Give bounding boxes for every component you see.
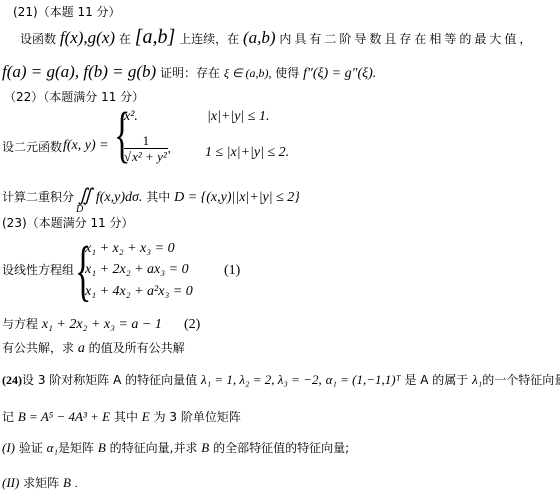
q23-ask-suffix: 的值及所有公共解 xyxy=(89,341,185,355)
q23-ask: 有公共解，求 xyxy=(2,341,74,355)
q24-lambda1: λ₁ xyxy=(472,372,482,387)
q24-part2-label: (II) xyxy=(2,475,19,490)
q23-ask-line: 有公共解，求 a 的值及所有公共解 xyxy=(2,342,185,356)
q24-E: E xyxy=(142,409,150,424)
q21-prove: 证明：存在 xyxy=(160,66,220,80)
q23-header: (23)（本题满分 11 分） xyxy=(2,217,134,229)
q24-line1: (24)设 3 阶对称矩阵 A 的特征向量值 λ₁ = 1, λ₂ = 2, λ… xyxy=(2,373,560,386)
q22-integral-prefix: 计算二重积分 xyxy=(2,190,74,204)
q23-eq-with-line: 与方程 x₁ + 2x₂ + x₃ = a − 1 xyxy=(2,318,162,332)
q24-B-def: B = A⁵ − 4A³ + E xyxy=(18,409,110,424)
q23-eq-with: x₁ + 2x₂ + x₃ = a − 1 xyxy=(42,317,162,332)
q24-part1-B2: B xyxy=(201,440,209,455)
q24-part1-text1: 验证 xyxy=(19,441,43,455)
q24-part1: (I) 验证 α₁是矩阵 B 的特征向量,并求 B 的全部特征值的特征向量; xyxy=(2,441,349,454)
q22-integral-domain: D xyxy=(76,205,83,215)
q23-label1: (1) xyxy=(224,264,240,278)
q21-xi: ξ ∈ (a,b), xyxy=(224,66,272,80)
q24-part1-text4: 的全部特征值的特征向量; xyxy=(213,441,349,455)
q21-prefix: 设函数 xyxy=(20,32,56,46)
q24-part2-B: B xyxy=(63,475,71,490)
q24-line1-text: 设 3 阶对称矩阵 A 的特征向量值 xyxy=(22,373,197,387)
q21-condition: f(a) = g(a), f(b) = g(b) xyxy=(2,62,156,81)
q23-label2: (2) xyxy=(184,318,200,332)
q21-interval: [a,b] xyxy=(135,26,176,48)
q21-such-that: 使得 xyxy=(275,66,299,80)
q24-line2: 记 B = A⁵ − 4A³ + E 其中 E 为 3 阶单位矩阵 xyxy=(2,410,241,423)
q21-mid: 上连续，在 xyxy=(179,32,239,46)
q22-case2-denominator: x² + y² xyxy=(131,148,168,164)
q21-open-interval: (a,b) xyxy=(243,28,276,47)
q22-integrand: f(x,y)dσ. xyxy=(96,190,143,205)
q22-case1-expr: x². xyxy=(124,110,138,124)
q22-case1-cond: |x|+|y| ≤ 1. xyxy=(207,110,269,124)
q24-part2-text: 求矩阵 xyxy=(23,476,59,490)
q24-part1-text2: 是矩阵 xyxy=(58,441,94,455)
q24-line1-suffix: 是 A 的属于 xyxy=(404,373,468,387)
q24-part1-label: (I) xyxy=(2,440,15,455)
q21-in: 在 xyxy=(119,32,131,46)
q22-func-prefix: 设二元函数 xyxy=(2,141,62,153)
q23-eq1: x₁ + x₂ + x₃ = 0 xyxy=(85,242,175,256)
double-integral-icon: ∬ xyxy=(78,185,92,205)
q24-part1-B: B xyxy=(98,440,106,455)
q24-part2-end: . xyxy=(75,476,78,490)
q22-where: 其中 xyxy=(146,190,170,204)
q22-case2-fraction: 1 √x² + y² , xyxy=(124,134,171,163)
q21-result: f″(ξ) = g″(ξ). xyxy=(303,66,376,81)
q22-func-lhs: f(x, y) = xyxy=(63,139,109,153)
q23-eq3: x₁ + 4x₂ + a²x₃ = 0 xyxy=(85,285,193,299)
q21-functions: f(x),g(x) xyxy=(60,28,115,47)
q22-case2-numerator: 1 xyxy=(124,134,168,149)
q23-eq-with-prefix: 与方程 xyxy=(2,317,38,331)
q24-eigenvalues: λ₁ = 1, λ₂ = 2, λ₃ = −2, xyxy=(201,372,322,387)
q24-part1-alpha: α₁ xyxy=(47,440,58,455)
q24-number: (24) xyxy=(2,373,22,387)
q24-line2-mid: 其中 xyxy=(114,410,138,424)
q23-eq2: x₁ + 2x₂ + ax₃ = 0 xyxy=(85,263,189,277)
q22-case2-cond: 1 ≤ |x|+|y| ≤ 2. xyxy=(205,146,289,160)
q24-line2-suffix: 为 3 阶单位矩阵 xyxy=(154,410,241,424)
q21-line2: f(a) = g(a), f(b) = g(b) 证明：存在 ξ ∈ (a,b)… xyxy=(2,63,376,81)
q22-domain-def: D = {(x,y)||x|+|y| ≤ 2} xyxy=(174,190,300,205)
q22-integral-line: 计算二重积分 ∬ f(x,y)dσ. 其中 D = {(x,y)||x|+|y|… xyxy=(2,186,300,205)
q24-part1-text3: 的特征向量,并求 xyxy=(110,441,198,455)
q23-ask-var: a xyxy=(78,341,85,356)
q23-system-prefix: 设线性方程组 xyxy=(2,264,74,276)
q24-part2: (II) 求矩阵 B . xyxy=(2,476,78,489)
q24-line2-prefix: 记 xyxy=(2,410,14,424)
q21-header: (21)（本题 11 分） xyxy=(13,6,121,18)
q24-eigenvector: α₁ = (1,−1,1)ᵀ xyxy=(326,372,401,387)
q24-line1-end: 的一个特征向量, xyxy=(482,373,560,387)
q21-suffix: 内具有二阶导数且存在相等的最大值， xyxy=(279,32,534,46)
q21-line1: 设函数 f(x),g(x) 在 [a,b] 上连续，在 (a,b) 内具有二阶导… xyxy=(20,27,534,47)
